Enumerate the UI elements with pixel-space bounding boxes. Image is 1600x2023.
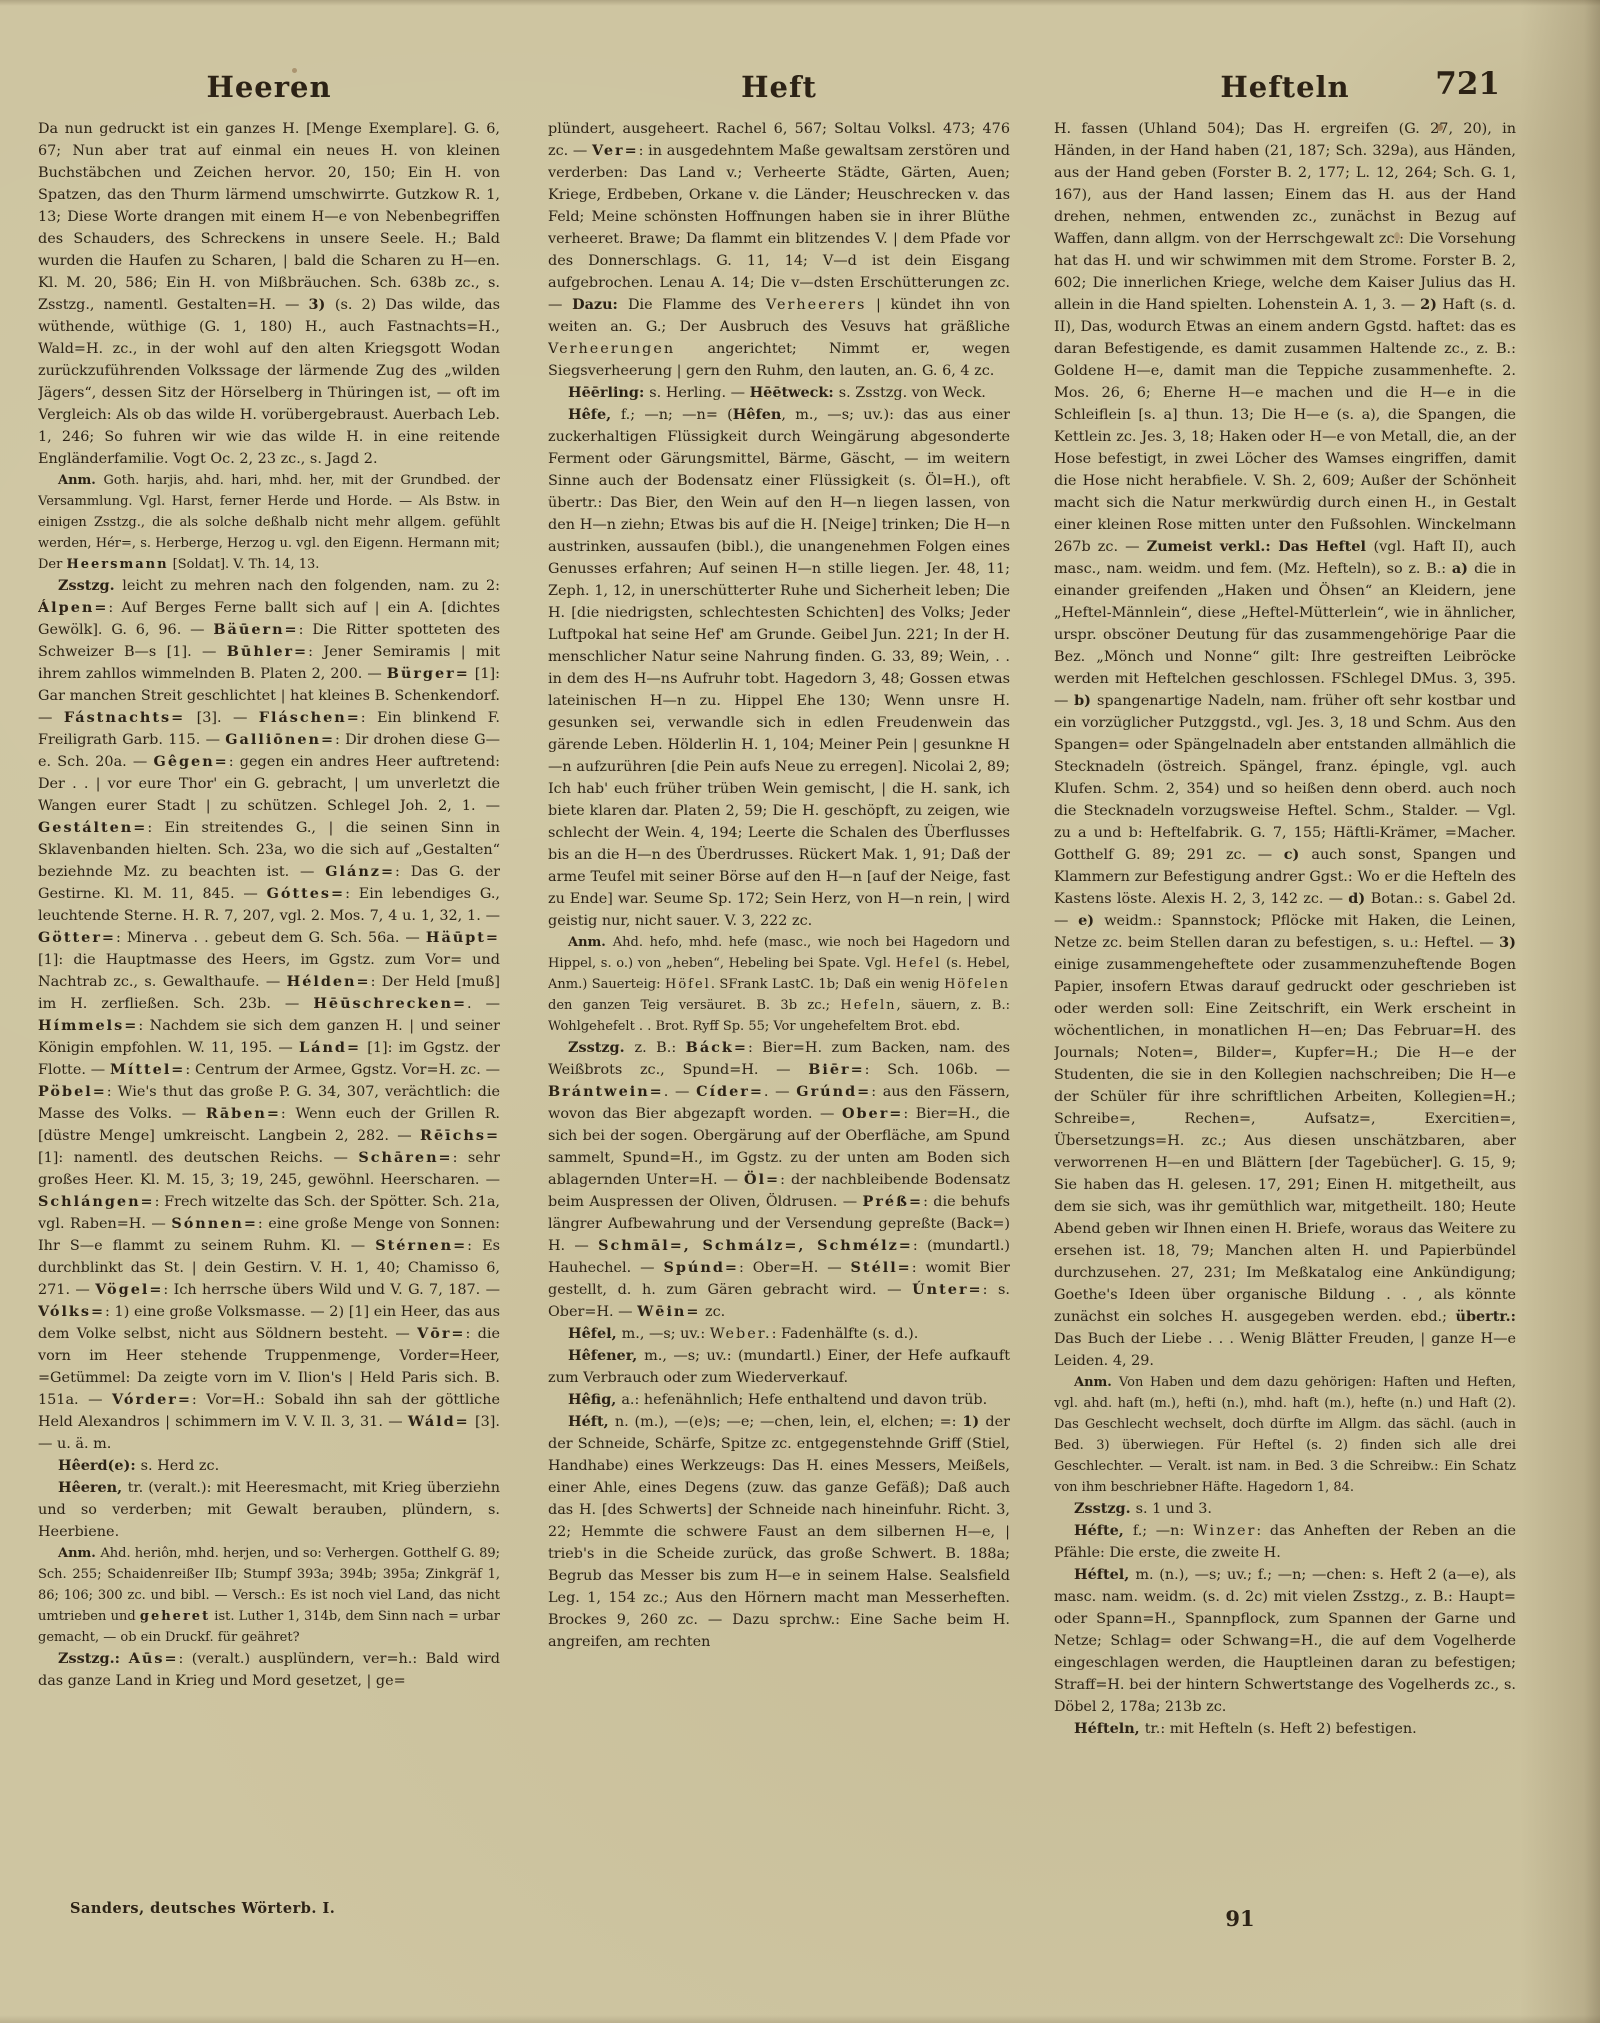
paragraph: Anm. Ahd. heriôn, mhd. herjen, und so: V… xyxy=(38,1543,500,1648)
headword: Biēr= xyxy=(808,1061,864,1078)
paragraph: plündert, ausgeheert. Rachel 6, 567; Sol… xyxy=(548,118,1010,382)
body-text: Höfel xyxy=(665,977,711,992)
body-text: f.; —n: xyxy=(1133,1523,1193,1539)
body-text: : Centrum der Armee, Ggstz. Vor=H. zc. — xyxy=(185,1062,500,1078)
headword: Hêfig, xyxy=(568,1391,621,1408)
headword: Götter= xyxy=(38,929,116,946)
headword: Schlángen= xyxy=(38,1193,155,1210)
paragraph: Da nun gedruckt ist ein ganzes H. [Menge… xyxy=(38,118,500,470)
body-text: m., —s; uv.: xyxy=(622,1326,710,1342)
paragraph: Anm. Goth. harjis, ahd. hari, mhd. her, … xyxy=(38,470,500,575)
headword: 1) xyxy=(962,1413,985,1430)
body-text: die in einander greifenden „Haken und Öh… xyxy=(1054,561,1516,709)
body-text: den ganzen Teig versäuret. B. 3b zc.; xyxy=(548,998,840,1013)
headword: Fláschen= xyxy=(259,709,361,726)
headword: Schmāl=, Schmálz=, Schmélz= xyxy=(598,1237,913,1254)
body-text: [3]. — xyxy=(185,710,259,726)
paragraph: Hêfe, f.; —n; —n= (Hêfen, m., —s; uv.): … xyxy=(548,404,1010,932)
running-head-center: Heft xyxy=(548,70,1010,104)
headword: Anm. xyxy=(1074,1375,1119,1390)
headword: Góttes= xyxy=(267,885,346,902)
paragraph: Héfteln, tr.: mit Hefteln (s. Heft 2) be… xyxy=(1054,1718,1516,1740)
headword: Dazu: xyxy=(572,296,628,313)
body-text: weidm.: Spannstock; Pflöcke mit Haken, d… xyxy=(1054,913,1516,951)
headword: Gêgen= xyxy=(154,753,229,770)
body-text: Weber. xyxy=(710,1326,772,1342)
headword: Anm. xyxy=(58,473,104,488)
headword: Héft, xyxy=(568,1413,615,1430)
body-text: einige zusammengeheftete oder zusammenzu… xyxy=(1054,957,1516,1325)
headword: übertr.: xyxy=(1456,1308,1517,1325)
headword: e) xyxy=(1078,912,1104,929)
paragraph: Hēērling: s. Herling. — Hēētweck: s. Zss… xyxy=(548,382,1010,404)
headword: Vórder= xyxy=(112,1391,192,1408)
headword: Hêfel, xyxy=(568,1325,622,1342)
body-text: Da nun gedruckt ist ein ganzes H. [Menge… xyxy=(38,121,500,313)
headword: Fástnachts= xyxy=(64,709,185,726)
body-text: f.; —n; —n= ( xyxy=(621,407,733,423)
body-text: : Fadenhälfte (s. d.). xyxy=(772,1326,919,1342)
headword: Wáld= xyxy=(408,1413,470,1430)
paragraph: Hêfel, m., —s; uv.: Weber.: Fadenhälfte … xyxy=(548,1323,1010,1345)
headword: Cíder= xyxy=(696,1083,764,1100)
headword: Vögel= xyxy=(95,1281,163,1298)
headword: Zumeist verkl.: Das Heftel xyxy=(1147,538,1374,555)
text-column-left: Da nun gedruckt ist ein ganzes H. [Menge… xyxy=(38,118,500,1906)
headword: Häūpt= xyxy=(426,929,500,946)
body-text: : in ausgedehntem Maße gewaltsam zerstör… xyxy=(548,143,1010,313)
text-column-center: plündert, ausgeheert. Rachel 6, 567; Sol… xyxy=(548,118,1010,1906)
headword: Wēin= xyxy=(637,1303,700,1320)
headword: Öl= xyxy=(744,1171,780,1188)
body-text: . — xyxy=(764,1084,796,1100)
body-text: [1]: namentl. des deutschen Reichs. — xyxy=(38,1150,358,1166)
body-text: tr.: mit Hefteln (s. Heft 2) befestigen. xyxy=(1145,1721,1417,1737)
body-text: : Minerva . . gebeut dem G. Sch. 56a. — xyxy=(116,930,426,946)
headword: Hêfener, xyxy=(568,1347,644,1364)
headword: Héfte, xyxy=(1074,1522,1133,1539)
paragraph: Hêfener, m., —s; uv.: (mundartl.) Einer,… xyxy=(548,1345,1010,1389)
headword: Anm. xyxy=(568,935,613,950)
body-text: Die Flamme des xyxy=(628,297,766,313)
headword: geheret xyxy=(140,1609,210,1624)
body-text: : Ober=H. — xyxy=(739,1260,851,1276)
paragraph: Zsstzg. z. B.: Báck=: Bier=H. zum Backen… xyxy=(548,1037,1010,1323)
headword: Sónnen= xyxy=(171,1215,258,1232)
headword: Grúnd= xyxy=(796,1083,871,1100)
body-text: Hefel xyxy=(896,956,942,971)
paragraph: Zsstzg. leicht zu mehren nach den folgen… xyxy=(38,575,500,1455)
headword: d) xyxy=(1348,890,1371,907)
paragraph: Anm. Von Haben und dem dazu gehörigen: H… xyxy=(1054,1372,1516,1498)
body-text: Haft (s. d. II), Das, wodurch Etwas an e… xyxy=(1054,297,1516,555)
body-text: . — xyxy=(467,996,500,1012)
headword: Álpen= xyxy=(38,599,108,616)
paragraph: Zsstzg.: Aūs=: (veralt.) ausplündern, ve… xyxy=(38,1648,500,1692)
headword: Galliōnen= xyxy=(225,731,335,748)
headword: Únter= xyxy=(912,1281,982,1298)
body-text: Hefeln xyxy=(840,998,896,1013)
headword: Hēūschrecken= xyxy=(313,995,467,1012)
paragraph: Zsstzg. s. 1 und 3. xyxy=(1054,1498,1516,1520)
body-text: s. 1 und 3. xyxy=(1136,1501,1212,1517)
headword: Schāren= xyxy=(358,1149,452,1166)
headword: 2) xyxy=(1420,296,1442,313)
headword: Aūs= xyxy=(129,1650,179,1667)
headword: Héfteln, xyxy=(1074,1720,1145,1737)
body-text: a.: hefenähnlich; Hefe enthaltend und da… xyxy=(621,1392,987,1408)
headword: Spúnd= xyxy=(663,1259,739,1276)
headword: Bäūern= xyxy=(213,621,298,638)
headword: Míttel= xyxy=(110,1061,185,1078)
paragraph: H. fassen (Uhland 504); Das H. ergreifen… xyxy=(1054,118,1516,1372)
sheet-signature: 91 xyxy=(1054,1906,1426,1931)
headword: Báck= xyxy=(686,1039,748,1056)
headword: Zsstzg. xyxy=(1074,1500,1136,1517)
headword: Hēērling: xyxy=(568,384,649,401)
headword: Ver= xyxy=(592,142,639,159)
body-text: m. (n.), —s; uv.; f.; —n; —chen: s. Heft… xyxy=(1054,1567,1516,1715)
paragraph: Héftel, m. (n.), —s; uv.; f.; —n; —chen:… xyxy=(1054,1564,1516,1718)
body-text: Höfelen xyxy=(944,977,1010,992)
paragraph: Hêfig, a.: hefenähnlich; Hefe enthaltend… xyxy=(548,1389,1010,1411)
headword: 3) xyxy=(1499,934,1516,951)
headword: a) xyxy=(1452,560,1474,577)
headword: Hêfen xyxy=(733,406,782,423)
headword: Vólks= xyxy=(38,1303,105,1320)
body-text: leicht zu mehren nach den folgenden, nam… xyxy=(122,578,500,594)
body-text: s. Herd zc. xyxy=(141,1458,219,1474)
body-text: , m., —s; uv.): das aus einer zuckerhalt… xyxy=(548,407,1010,929)
headword: c) xyxy=(1284,846,1312,863)
body-text: : Ich herrsche übers Wild und V. G. 7, 1… xyxy=(163,1282,500,1298)
headword: Lánd= xyxy=(299,1039,361,1056)
headword: Ober= xyxy=(842,1105,903,1122)
body-text: (s. 2) Das wilde, das wüthende, wüthige … xyxy=(38,297,500,467)
body-text: . — xyxy=(664,1084,696,1100)
body-text: Winzer xyxy=(1193,1523,1256,1539)
headword: Būhler= xyxy=(227,643,308,660)
body-text: s. Zsstzg. von Weck. xyxy=(839,385,986,401)
headword: Hêfe, xyxy=(568,406,621,423)
headword: Vōr= xyxy=(417,1325,465,1342)
headword: Rāben= xyxy=(206,1105,281,1122)
paragraph: Anm. Ahd. hefo, mhd. hefe (masc., wie no… xyxy=(548,932,1010,1037)
body-text: [Soldat]. V. Th. 14, 13. xyxy=(169,557,320,572)
body-text: Von Haben und dem dazu gehörigen: Haften… xyxy=(1054,1375,1516,1495)
body-text: Verheerers xyxy=(766,297,866,313)
headword: Anm. xyxy=(58,1546,100,1561)
headword: Héftel, xyxy=(1074,1566,1135,1583)
headword: Stéll= xyxy=(851,1259,912,1276)
headword: Zsstzg.: xyxy=(58,1650,129,1667)
body-text: Das Buch der Liebe . . . Wenig Blätter F… xyxy=(1054,1331,1516,1369)
body-text: s. Herling. — xyxy=(649,385,749,401)
body-text: : Sch. 106b. — xyxy=(865,1062,1010,1078)
body-text: spangenartige Nadeln, nam. früher oft se… xyxy=(1054,693,1516,863)
page-number: 721 xyxy=(1054,66,1500,102)
body-text: n. (m.), —(e)s; —e; —chen, lein, el, elc… xyxy=(615,1414,962,1430)
paragraph: Hêerd(e): s. Herd zc. xyxy=(38,1455,500,1477)
text-column-right: H. fassen (Uhland 504); Das H. ergreifen… xyxy=(1054,118,1516,1906)
headword: Zsstzg. xyxy=(58,577,122,594)
headword: Hêerd(e): xyxy=(58,1457,141,1474)
headword: Hêeren, xyxy=(58,1479,128,1496)
headword: Stérnen= xyxy=(375,1237,467,1254)
body-text: Verheerungen xyxy=(548,341,675,357)
body-text: zc. xyxy=(700,1304,725,1320)
body-text: . SFrank LastC. 1b; Daß ein wenig xyxy=(711,977,944,992)
body-text: der der Schneide, Schärfe, Spitze zc. en… xyxy=(548,1414,1010,1650)
headword: b) xyxy=(1074,692,1097,709)
body-text: z. B.: xyxy=(635,1040,686,1056)
headword: Hēētweck: xyxy=(750,384,839,401)
volume-imprint: Sanders, deutsches Wörterb. I. xyxy=(70,1900,335,1917)
headword: Hélden= xyxy=(287,973,371,990)
headword: Zsstzg. xyxy=(568,1039,635,1056)
headword: 3) xyxy=(309,296,335,313)
headword: Pöbel= xyxy=(38,1083,107,1100)
headword: Bürger= xyxy=(387,665,470,682)
headword: Gestálten= xyxy=(38,819,147,836)
paragraph: Héfte, f.; —n: Winzer: das Anheften der … xyxy=(1054,1520,1516,1564)
headword: Hímmels= xyxy=(38,1017,138,1034)
headword: Glánz= xyxy=(325,863,395,880)
paragraph: Héft, n. (m.), —(e)s; —e; —chen, lein, e… xyxy=(548,1411,1010,1653)
running-head-left: Heeren xyxy=(38,70,500,104)
headword: Heersmann xyxy=(66,557,168,572)
paragraph: Hêeren, tr. (veralt.): mit Heeresmacht, … xyxy=(38,1477,500,1543)
headword: Brántwein= xyxy=(548,1083,664,1100)
headword: Rēīchs= xyxy=(420,1127,500,1144)
body-text: H. fassen (Uhland 504); Das H. ergreifen… xyxy=(1054,121,1516,313)
headword: Préß= xyxy=(863,1193,924,1210)
